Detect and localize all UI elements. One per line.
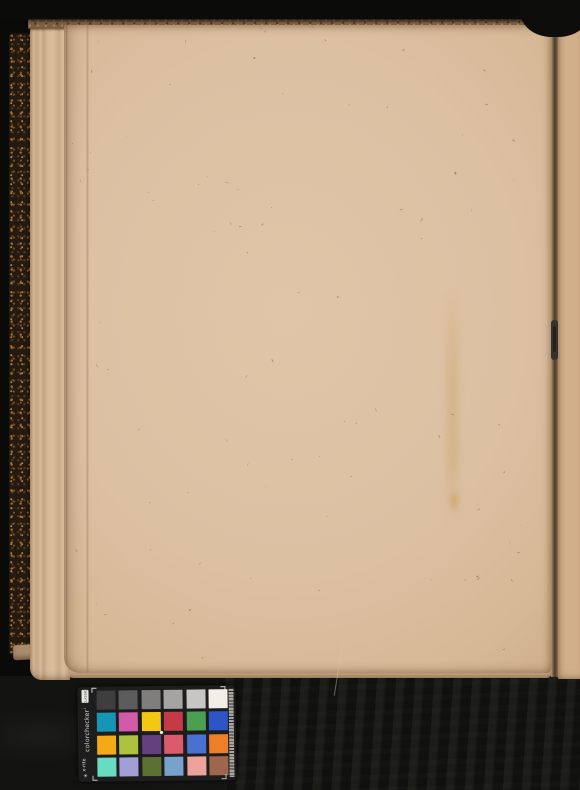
color-checker-card: CLASSIC colorchecker™ ✳x-rite [77, 685, 236, 782]
hinge-crease [66, 25, 68, 673]
paper-speck [245, 375, 247, 378]
card-corner-bracket [222, 774, 227, 779]
paper-speck [246, 251, 248, 253]
paper-speck [319, 456, 321, 458]
paper-speck [152, 200, 155, 202]
paper-speck [402, 49, 405, 51]
trademark-glyph: ™ [83, 706, 87, 710]
paper-speck [261, 223, 264, 226]
paper-speck [225, 181, 229, 183]
card-center-registration-dot [159, 730, 163, 734]
paper-speck [229, 222, 232, 225]
paper-speck [87, 169, 89, 170]
paper-speck [454, 172, 457, 175]
xrite-word: x-rite [82, 758, 87, 771]
card-corner-bracket [220, 686, 225, 691]
card-swatch [164, 734, 183, 753]
paper-speck [96, 603, 97, 604]
card-swatch [187, 757, 206, 776]
card-swatch [164, 757, 183, 776]
paper-speck [420, 218, 423, 221]
paper-speck [150, 549, 151, 550]
paper-speck [98, 41, 99, 43]
page-stain-spot [450, 493, 459, 509]
paper-speck [185, 40, 186, 43]
paper-speck [509, 541, 510, 543]
paper-speck [349, 104, 351, 106]
paper-speck [202, 657, 203, 659]
paper-speck [107, 369, 109, 370]
paper-speck [430, 578, 431, 580]
paper-speck [503, 471, 505, 473]
paper-speck [149, 502, 151, 504]
paper-speck [400, 209, 403, 211]
paper-speck [462, 134, 463, 135]
paper-speck [513, 179, 514, 180]
paper-speck [99, 322, 101, 323]
paper-speck [169, 84, 171, 85]
paper-speck [496, 649, 498, 651]
paper-speck [520, 525, 521, 526]
paper-speck [207, 176, 209, 177]
paper-speck [375, 408, 377, 412]
paper-speck [75, 549, 77, 552]
card-corner-bracket [93, 776, 98, 781]
card-swatch [164, 712, 183, 731]
paper-speck [477, 577, 479, 580]
paper-speck [246, 463, 248, 466]
paper-speck [250, 578, 252, 580]
classic-badge-label: CLASSIC [83, 690, 87, 703]
paper-speck [502, 648, 505, 650]
card-swatch [209, 756, 228, 775]
card-swatch [119, 713, 138, 732]
paper-speck [438, 435, 440, 438]
paper-speck [297, 292, 300, 293]
paper-speck [148, 192, 149, 193]
card-swatch [164, 690, 183, 709]
card-corner-bracket [91, 688, 96, 693]
paper-speck [198, 562, 201, 565]
page-crease [86, 25, 89, 673]
paper-speck [510, 579, 513, 583]
book-scan-photo: CLASSIC colorchecker™ ✳x-rite [0, 0, 580, 790]
paper-speck [72, 143, 73, 144]
paper-speck [271, 359, 273, 362]
paper-speck [80, 179, 81, 182]
paper-speck [324, 39, 327, 42]
paper-speck [172, 622, 175, 624]
paper-speck [214, 231, 215, 232]
card-swatch [119, 735, 138, 754]
card-swatch [96, 691, 115, 710]
paper-speck [282, 93, 284, 95]
paper-speck [225, 439, 228, 442]
brand-word: colorchecker [84, 710, 92, 752]
classic-badge: CLASSIC [81, 690, 88, 703]
card-swatch [208, 689, 227, 708]
paper-speck [337, 296, 339, 299]
paper-speck [485, 104, 488, 106]
paper-speck [265, 486, 266, 487]
card-swatch [186, 689, 205, 708]
card-swatch [142, 712, 161, 731]
paper-speck [477, 508, 480, 511]
paper-speck [386, 106, 388, 109]
paper-speck [421, 238, 423, 240]
paper-speck [291, 459, 293, 461]
paper-speck [517, 552, 520, 553]
paper-speck [344, 421, 346, 423]
paper-speck [91, 70, 93, 73]
gutter-dark-mark [551, 320, 558, 360]
paper-speck [189, 609, 192, 612]
card-swatch [186, 712, 205, 731]
right-page-sliver [558, 27, 580, 679]
card-ruler-scale [228, 688, 234, 777]
paper-speck [253, 57, 256, 60]
paper-speck [311, 25, 313, 27]
paper-speck [512, 139, 515, 141]
colorchecker-brand-text: colorchecker™ [80, 704, 91, 754]
paper-speck [90, 152, 91, 153]
paper-speck [498, 424, 500, 426]
card-swatch [187, 734, 206, 753]
card-swatch [97, 758, 116, 777]
paper-speck [464, 579, 467, 582]
card-swatch [142, 757, 161, 776]
paper-speck [350, 475, 352, 477]
top-shadow-band [0, 0, 580, 19]
xrite-logo: ✳x-rite [80, 757, 90, 779]
card-swatch [141, 690, 160, 709]
paper-speck [188, 492, 189, 493]
card-swatch [97, 713, 116, 732]
paper-speck [237, 189, 240, 191]
paper-speck [260, 28, 263, 29]
paper-speck [355, 423, 357, 424]
card-swatch [209, 712, 228, 731]
paper-speck [126, 136, 127, 137]
card-swatch [119, 690, 138, 709]
paper-speck [471, 209, 472, 212]
paper-speck [198, 184, 200, 185]
paper-speck [483, 69, 486, 72]
paper-speck [264, 30, 266, 32]
card-swatch [120, 757, 139, 776]
paper-speck [239, 226, 242, 228]
paper-speck [95, 364, 98, 368]
paper-speck [271, 207, 272, 208]
card-swatch [97, 735, 116, 754]
card-swatch [209, 734, 228, 753]
card-swatch [142, 735, 161, 754]
paper-speck [104, 613, 107, 615]
paper-speck [138, 429, 141, 430]
main-page [64, 25, 551, 673]
paper-speck [326, 516, 328, 518]
paper-speck [318, 590, 320, 592]
xrite-star-icon: ✳ [82, 771, 88, 777]
